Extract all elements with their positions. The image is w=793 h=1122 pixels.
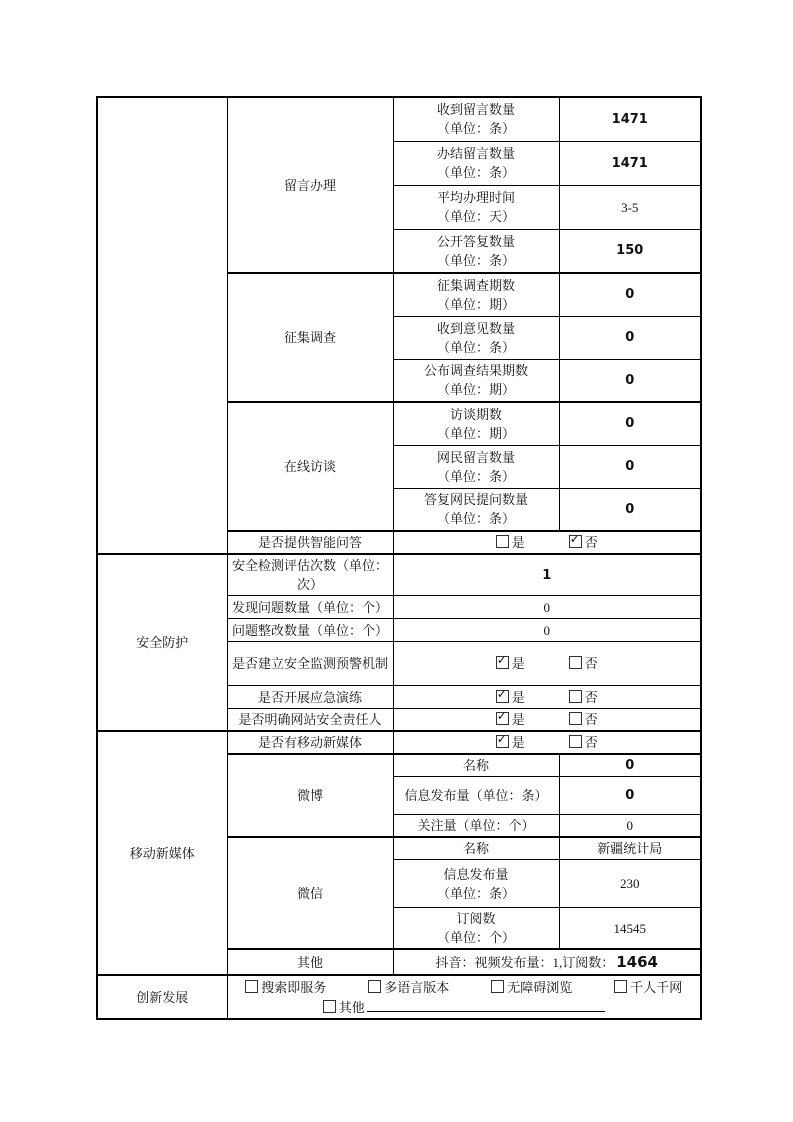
metric-label: 收到意见数量 （单位：条） <box>393 316 559 359</box>
group-label-other-media: 其他 <box>227 949 393 975</box>
metric-label: 公布调查结果期数 （单位：期） <box>393 359 559 402</box>
metric-value: 0 <box>559 445 701 488</box>
blank-section-cell <box>97 97 227 554</box>
yes-label: 是 <box>512 535 525 550</box>
metric-value: 0 <box>559 316 701 359</box>
metric-value: 1471 <box>559 97 701 141</box>
metric-label-text: 答复网民提问数量 <box>397 490 556 509</box>
metric-value: 0 <box>559 273 701 316</box>
yn-question-label: 是否建立安全监测预警机制 <box>227 642 393 686</box>
metric-label-text: 网民留言数量 <box>397 448 556 467</box>
douyin-subscribers-value: 1464 <box>616 953 658 971</box>
checkbox-icon <box>496 535 509 548</box>
checkbox-icon <box>569 535 582 548</box>
metric-label: 办结留言数量 （单位：条） <box>393 141 559 185</box>
no-option: 否 <box>569 533 598 552</box>
checkbox-icon <box>496 735 509 748</box>
checkbox-icon <box>245 980 258 993</box>
option-label: 无障碍浏览 <box>507 980 572 995</box>
section-label-mobile-media: 移动新媒体 <box>97 731 227 975</box>
metric-unit-text: （单位：个） <box>397 928 556 947</box>
option-label: 搜索即服务 <box>261 980 326 995</box>
group-label-message-handling: 留言办理 <box>227 97 393 273</box>
metric-label-text: 信息发布量 <box>397 865 556 884</box>
yes-option: 是 <box>496 533 525 552</box>
metric-label-text: 收到留言数量 <box>397 100 556 119</box>
no-label: 否 <box>585 735 598 750</box>
metric-value: 230 <box>559 860 701 908</box>
metric-unit-text: （单位：期） <box>397 424 556 443</box>
metric-label: 订阅数 （单位：个） <box>393 908 559 950</box>
no-label: 否 <box>585 535 598 550</box>
checkbox-icon <box>496 690 509 703</box>
yn-question-label: 是否明确网站安全责任人 <box>227 709 393 732</box>
checkbox-icon <box>496 712 509 725</box>
metric-value: 3-5 <box>559 185 701 229</box>
metric-label: 问题整改数量（单位：个） <box>227 619 393 642</box>
metric-label: 名称 <box>393 754 559 777</box>
yn-question-label: 是否开展应急演练 <box>227 686 393 709</box>
checkbox-icon <box>614 980 627 993</box>
no-label: 否 <box>585 690 598 705</box>
metric-value: 0 <box>559 777 701 815</box>
checkbox-icon <box>569 712 582 725</box>
metric-value: 1 <box>393 554 701 596</box>
innovation-option: 搜索即服务 <box>245 978 326 997</box>
metric-value: 14545 <box>559 908 701 950</box>
yes-option: 是 <box>496 688 525 707</box>
no-option: 否 <box>569 733 598 752</box>
metric-unit-text: （单位：条） <box>397 163 556 182</box>
yn-question-label: 是否有移动新媒体 <box>227 731 393 754</box>
metric-label: 收到留言数量 （单位：条） <box>393 97 559 141</box>
metric-value: 0 <box>559 488 701 531</box>
checkbox-icon <box>496 656 509 669</box>
metric-unit-text: （单位：期） <box>397 295 556 314</box>
yes-label: 是 <box>512 735 525 750</box>
metric-label: 关注量（单位：个） <box>393 815 559 838</box>
metric-unit-text: （单位：期） <box>397 380 556 399</box>
checkbox-icon <box>491 980 504 993</box>
yes-option: 是 <box>496 733 525 752</box>
innovation-options-cell: 搜索即服务 多语言版本 无障碍浏览 千人千网 其他 <box>227 975 701 1019</box>
yn-answer: 是 否 <box>393 642 701 686</box>
douyin-text: 抖音：视频发布量：1,订阅数： <box>435 955 614 970</box>
checkbox-icon <box>569 690 582 703</box>
metric-label: 信息发布量（单位：条） <box>393 777 559 815</box>
smart-qa-label: 是否提供智能问答 <box>227 531 393 554</box>
metric-value: 1471 <box>559 141 701 185</box>
metric-unit-text: （单位：条） <box>397 251 556 270</box>
metric-value: 0 <box>559 359 701 402</box>
metric-label: 网民留言数量 （单位：条） <box>393 445 559 488</box>
metric-label: 答复网民提问数量 （单位：条） <box>393 488 559 531</box>
metric-label: 访谈期数 （单位：期） <box>393 402 559 445</box>
smart-qa-value: 是 否 <box>393 531 701 554</box>
metric-value: 新疆统计局 <box>559 837 701 860</box>
metric-label-text: 收到意见数量 <box>397 319 556 338</box>
yn-answer: 是 否 <box>393 709 701 732</box>
metric-label: 信息发布量 （单位：条） <box>393 860 559 908</box>
metric-value: 0 <box>559 815 701 838</box>
metric-label-text: 征集调查期数 <box>397 276 556 295</box>
metric-unit-text: （单位：条） <box>397 119 556 138</box>
metric-value: 0 <box>559 402 701 445</box>
no-option: 否 <box>569 688 598 707</box>
metric-label: 名称 <box>393 837 559 860</box>
metric-value: 0 <box>559 754 701 777</box>
report-page: 留言办理 收到留言数量 （单位：条） 1471 办结留言数量 （单位：条） 14… <box>0 0 793 1122</box>
checkbox-icon <box>569 735 582 748</box>
innovation-option: 多语言版本 <box>368 978 449 997</box>
yes-label: 是 <box>512 656 525 671</box>
fill-in-blank-line <box>367 998 605 1012</box>
metric-label: 公开答复数量 （单位：条） <box>393 229 559 273</box>
metric-label-text: 平均办理时间 <box>397 188 556 207</box>
metric-value: 150 <box>559 229 701 273</box>
metric-label-text: 办结留言数量 <box>397 144 556 163</box>
no-option: 否 <box>569 654 598 673</box>
metric-value: 0 <box>393 596 701 619</box>
yes-option: 是 <box>496 654 525 673</box>
checkbox-icon <box>368 980 381 993</box>
group-label-wechat: 微信 <box>227 837 393 949</box>
innovation-option: 千人千网 <box>614 978 682 997</box>
checkbox-icon <box>569 656 582 669</box>
metric-label-text: 订阅数 <box>397 909 556 928</box>
option-label: 千人千网 <box>630 980 682 995</box>
metric-label: 征集调查期数 （单位：期） <box>393 273 559 316</box>
option-label: 其他 <box>339 1000 365 1015</box>
yn-answer: 是 否 <box>393 686 701 709</box>
yes-option: 是 <box>496 710 525 729</box>
innovation-options-row: 搜索即服务 多语言版本 无障碍浏览 千人千网 <box>231 978 698 997</box>
other-media-value: 抖音：视频发布量：1,订阅数：1464 <box>393 949 701 975</box>
metric-value: 0 <box>393 619 701 642</box>
metric-label-text: 公开答复数量 <box>397 232 556 251</box>
no-label: 否 <box>585 656 598 671</box>
yes-label: 是 <box>512 690 525 705</box>
section-label-security: 安全防护 <box>97 554 227 731</box>
yn-answer: 是 否 <box>393 731 701 754</box>
section-label-innovation: 创新发展 <box>97 975 227 1019</box>
group-label-survey: 征集调查 <box>227 273 393 402</box>
group-label-interview: 在线访谈 <box>227 402 393 531</box>
option-label: 多语言版本 <box>384 980 449 995</box>
metric-unit-text: （单位：条） <box>397 467 556 486</box>
no-label: 否 <box>585 712 598 727</box>
innovation-other-row: 其他 <box>231 998 698 1017</box>
metric-label: 发现问题数量（单位：个） <box>227 596 393 619</box>
metric-label-text: 访谈期数 <box>397 405 556 424</box>
metric-label: 安全检测评估次数（单位：次） <box>227 554 393 596</box>
yes-label: 是 <box>512 712 525 727</box>
group-label-weibo: 微博 <box>227 754 393 837</box>
metric-unit-text: （单位：条） <box>397 338 556 357</box>
annual-report-table: 留言办理 收到留言数量 （单位：条） 1471 办结留言数量 （单位：条） 14… <box>96 96 702 1020</box>
checkbox-icon <box>323 1000 336 1013</box>
innovation-option: 无障碍浏览 <box>491 978 572 997</box>
metric-label-text: 公布调查结果期数 <box>397 361 556 380</box>
metric-unit-text: （单位：天） <box>397 207 556 226</box>
metric-label: 平均办理时间 （单位：天） <box>393 185 559 229</box>
metric-unit-text: （单位：条） <box>397 509 556 528</box>
innovation-option-other: 其他 <box>323 1000 365 1015</box>
metric-unit-text: （单位：条） <box>397 884 556 903</box>
no-option: 否 <box>569 710 598 729</box>
